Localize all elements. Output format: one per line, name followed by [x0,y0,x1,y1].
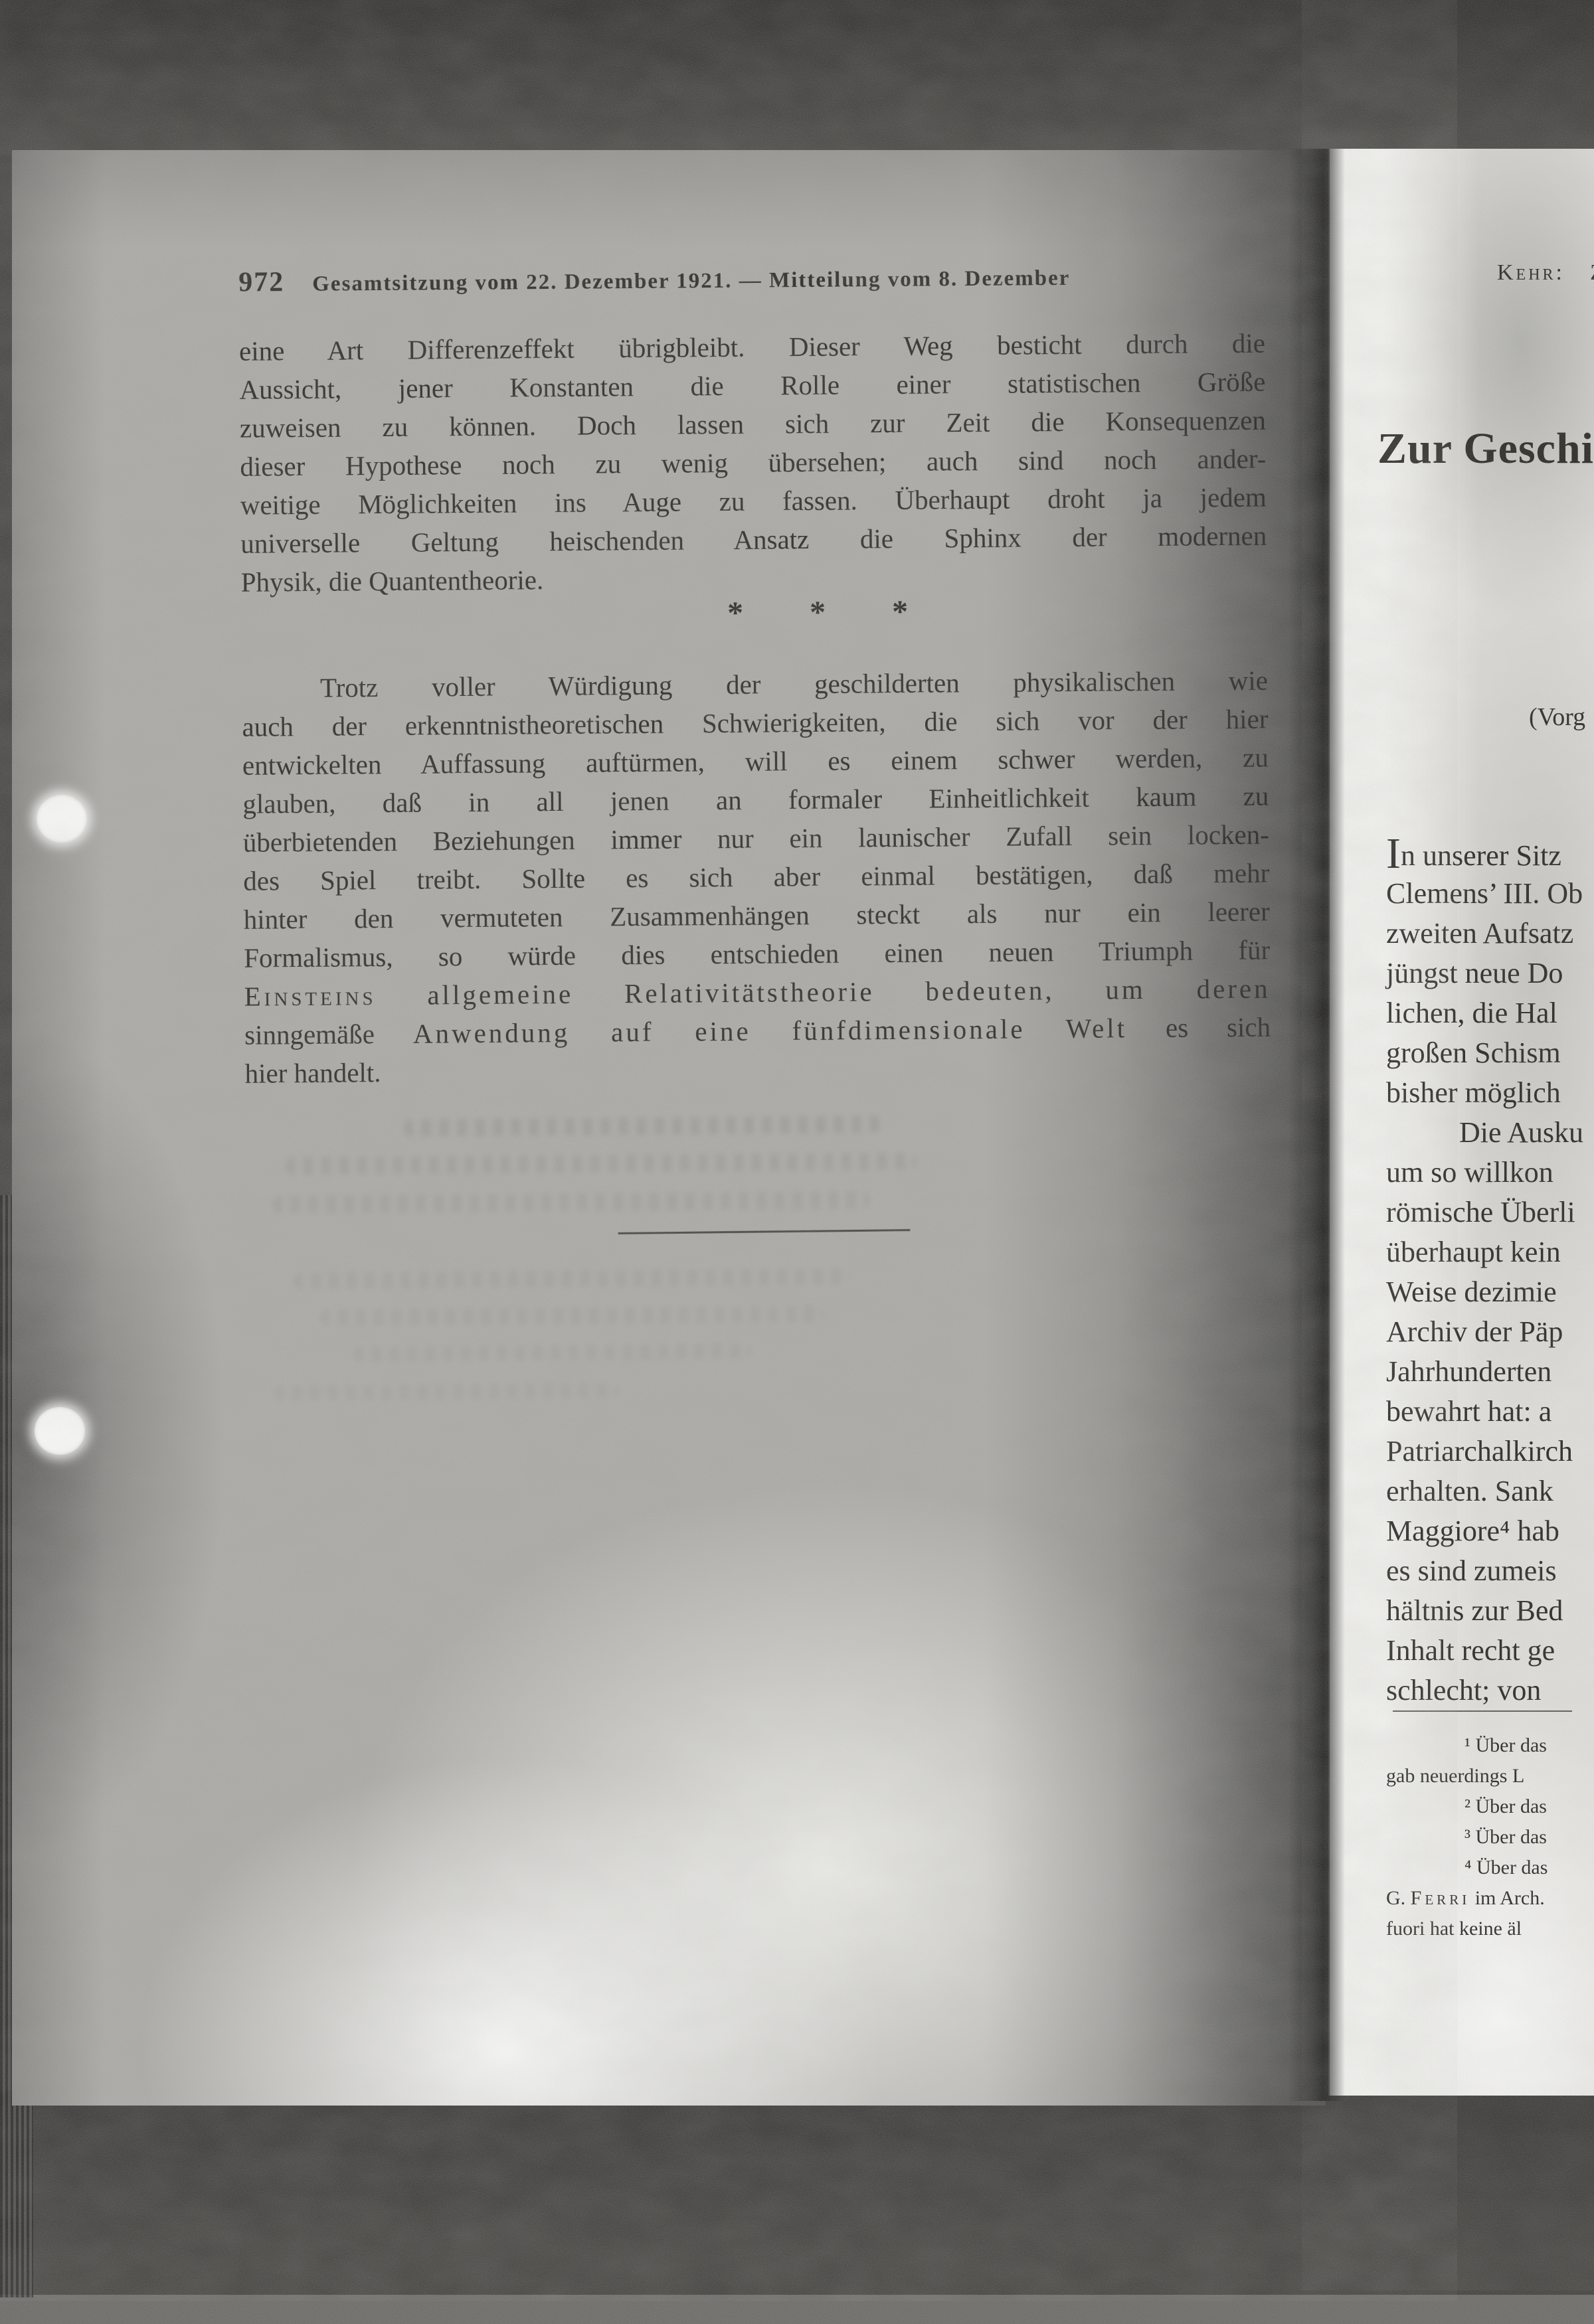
section-separator-asterisks: * * * [293,590,1326,635]
scan-bottom-edge-strip [0,2295,1594,2324]
right-body-column: In unserer SitzClemens’ III. Obzweiten A… [1386,834,1594,1710]
text-line: zweiten Aufsatz [1386,914,1594,954]
left-page-content: 972 Gesamtsitzung vom 22. Dezember 1921.… [12,150,1326,2106]
end-of-article-rule [618,1229,910,1234]
right-page-fragment: Kehr:Z Zur Geschic (Vorg In unserer Sitz… [1328,149,1594,2096]
bleed-through-smudge [403,1116,881,1137]
bleed-through-smudge [319,1306,824,1326]
text-line: G. Ferri im Arch. [1386,1883,1594,1914]
footnotes-column: ¹ Über dasgab neuerdings L² Über das³ Üb… [1386,1730,1594,1944]
punch-hole-top [37,795,87,843]
paragraph-1: eine Art Differenzeffekt übrigbleibt. Di… [239,324,1267,602]
text-line: gab neuerdings L [1386,1761,1594,1791]
running-title: Gesamtsitzung vom 22. Dezember 1921. — M… [312,266,1070,297]
bleed-through-smudge [293,1268,851,1289]
text-line: In unserer Sitz [1386,834,1594,874]
text-line: Patriarchalkirch [1386,1432,1594,1471]
presentation-note-fragment: (Vorg [1529,703,1585,732]
scanner-background-bottom [0,2092,1594,2324]
bleed-through-smudge [353,1344,752,1362]
text-line: ³ Über das [1386,1822,1594,1853]
page-number: 972 [238,266,284,299]
text-line: ² Über das [1386,1791,1594,1822]
text-line: Die Ausku [1386,1113,1594,1153]
text-line: bisher möglich [1386,1073,1594,1113]
punch-hole-bottom [35,1407,85,1455]
author-name: Kehr: [1497,260,1565,285]
right-running-header: Kehr:Z [1497,260,1594,286]
text-line: fuori hat keine äl [1386,1914,1594,1944]
text-line: schlecht; von [1386,1671,1594,1710]
text-line: Clemens’ III. Ob [1386,874,1594,914]
scanned-book-spread: 972 Gesamtsitzung vom 22. Dezember 1921.… [0,0,1594,2324]
page-header: 972 Gesamtsitzung vom 22. Dezember 1921.… [238,259,1221,299]
text-line: es sind zumeis [1386,1551,1594,1591]
text-line: um so willkon [1386,1153,1594,1193]
text-line: Inhalt recht ge [1386,1631,1594,1671]
text-line: ⁴ Über das [1386,1853,1594,1883]
bleed-through-smudge [274,1383,619,1400]
text-line: hier handelt. [244,1046,1271,1093]
bleed-through-smudge [272,1191,870,1213]
scanner-background-top [0,0,1594,154]
text-line: überhaupt kein [1386,1232,1594,1272]
text-line: lichen, die Hal [1386,993,1594,1033]
text-line: Jahrhunderten [1386,1352,1594,1392]
text-line: bewahrt hat: a [1386,1392,1594,1432]
paragraph-2: Trotz voller Würdigung der geschilderten… [242,661,1271,1093]
text-line: sinngemäße Anwendung auf eine fünfdimens… [244,1008,1271,1054]
running-header-fragment: Z [1590,260,1594,285]
text-line: hältnis zur Bed [1386,1591,1594,1631]
article-title-fragment: Zur Geschic [1377,424,1594,474]
bleed-through-smudge [286,1153,917,1175]
footnote-separator-rule [1393,1710,1572,1712]
text-line: jüngst neue Do [1386,954,1594,993]
text-line: römische Überli [1386,1193,1594,1232]
text-line: universelle Geltung heischenden Ansatz d… [240,517,1267,563]
text-line: Maggiore⁴ hab [1386,1511,1594,1551]
right-page-content: Kehr:Z Zur Geschic (Vorg In unserer Sitz… [1330,149,1594,2096]
text-line: Weise dezimie [1386,1272,1594,1312]
text-line: Archiv der Päp [1386,1312,1594,1352]
text-line: erhalten. Sank [1386,1471,1594,1511]
text-line: ¹ Über das [1386,1730,1594,1761]
text-line: großen Schism [1386,1033,1594,1073]
left-page: 972 Gesamtsitzung vom 22. Dezember 1921.… [12,150,1326,2106]
